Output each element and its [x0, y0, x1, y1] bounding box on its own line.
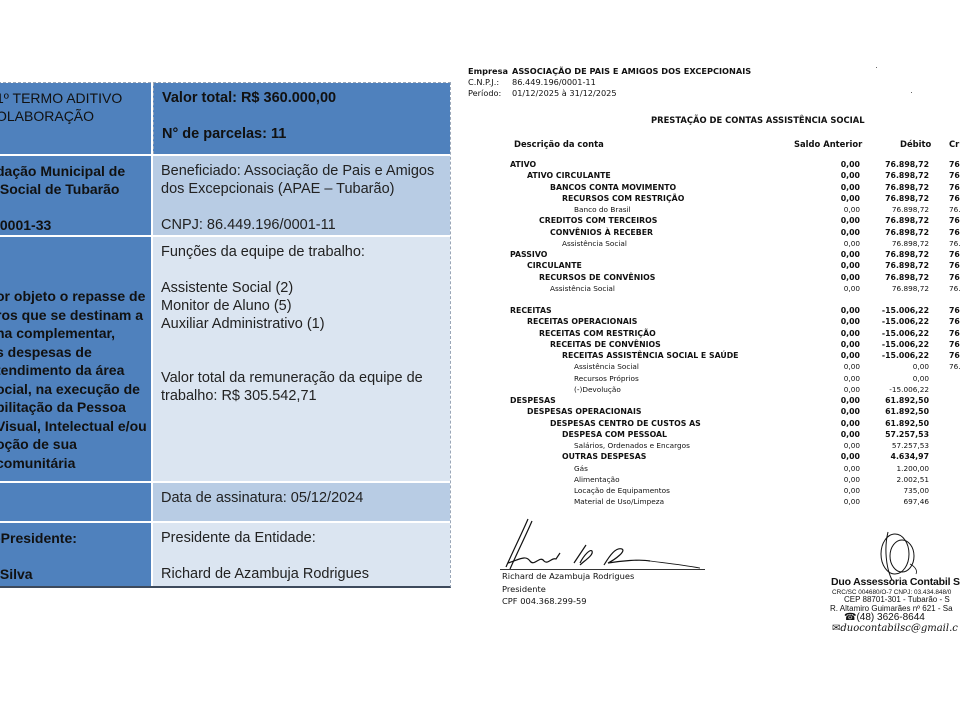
funcao-item: Assistente Social (2): [161, 279, 442, 297]
debito-value: 735,00: [859, 485, 929, 496]
entidade-signatario-name: Richard de Azambuja Rodrigues: [161, 565, 442, 583]
credito-value: 76.8: [949, 260, 960, 271]
saldo-anterior: 0,00: [810, 193, 860, 204]
debito-value: 4.634,97: [859, 451, 929, 462]
account-row: Recursos Próprios0,000,00: [468, 373, 960, 384]
account-row: (-)Devolução0,00-15.006,22: [468, 384, 960, 395]
termo-line-1: 1º TERMO ADITIVO: [0, 89, 151, 107]
signatory-info: Richard de Azambuja Rodrigues Presidente…: [502, 570, 634, 608]
saldo-anterior: 0,00: [810, 395, 860, 406]
row-termo-aditivo: 1º TERMO ADITIVO OLABORAÇÃO Valor total:…: [0, 83, 450, 156]
saldo-anterior: 0,00: [810, 485, 860, 496]
account-description: DESPESAS CENTRO DE CUSTOS AS: [550, 418, 701, 429]
debito-value: 57.257,53: [859, 440, 929, 451]
concedente-signatario-title: -Presidente:: [0, 529, 151, 547]
saldo-anterior: 0,00: [810, 418, 860, 429]
handwritten-signature-icon: [500, 515, 700, 575]
debito-value: -15.006,22: [859, 316, 929, 327]
credito-value: 76.8: [949, 159, 960, 170]
periodo-value: 01/12/2025 à 31/12/2025: [512, 88, 617, 99]
account-description: DESPESAS OPERACIONAIS: [527, 406, 641, 417]
account-row: Assistência Social0,0076.898,7276.: [468, 283, 960, 294]
account-description: CREDITOS COM TERCEIROS: [539, 215, 657, 226]
account-row: RECURSOS DE CONVÊNIOS0,0076.898,7276.8: [468, 272, 960, 283]
saldo-anterior: 0,00: [810, 238, 860, 249]
concedente-signatario-name: Silva: [0, 565, 151, 583]
credito-value: 76.8: [949, 350, 960, 361]
column-header-descricao: Descrição da conta: [514, 139, 604, 149]
saldo-anterior: 0,00: [810, 260, 860, 271]
account-row: RECEITAS OPERACIONAIS0,00-15.006,2276.8: [468, 316, 960, 327]
saldo-anterior: 0,00: [810, 339, 860, 350]
document-title: PRESTAÇÃO DE CONTAS ASSISTÊNCIA SOCIAL: [651, 115, 865, 125]
concedente-line-1: dação Municipal de: [0, 162, 151, 180]
debito-value: 2.002,51: [859, 474, 929, 485]
account-description: BANCOS CONTA MOVIMENTO: [550, 182, 676, 193]
account-description: RECEITAS: [510, 305, 552, 316]
account-row: RECEITAS ASSISTÊNCIA SOCIAL E SAÚDE0,00-…: [468, 350, 960, 361]
account-description: (-)Devolução: [574, 384, 621, 395]
account-description: Banco do Brasil: [574, 204, 631, 215]
account-row: BANCOS CONTA MOVIMENTO0,0076.898,7276.8: [468, 182, 960, 193]
credito-value: 76.8: [949, 328, 960, 339]
concedente-cell: dação Municipal de Social de Tubarão /00…: [0, 156, 153, 235]
credito-value: 76.: [949, 361, 960, 372]
saldo-anterior: 0,00: [810, 350, 860, 361]
debito-value: 0,00: [859, 361, 929, 372]
cnpj-value: 86.449.196/0001-11: [512, 77, 596, 88]
equipe-cell: Funções da equipe de trabalho: Assistent…: [153, 237, 450, 481]
empresa-row: Empresa ASSOCIAÇÃO DE PAIS E AMIGOS DOS …: [468, 66, 960, 77]
financial-statement: Empresa ASSOCIAÇÃO DE PAIS E AMIGOS DOS …: [468, 66, 960, 99]
signatory-role: Presidente: [502, 583, 634, 596]
agreement-summary-table: 1º TERMO ADITIVO OLABORAÇÃO Valor total:…: [0, 82, 451, 588]
credito-value: 76.8: [949, 305, 960, 316]
debito-value: 61.892,50: [859, 418, 929, 429]
account-row: CREDITOS COM TERCEIROS0,0076.898,7276.8: [468, 215, 960, 226]
cnpj-row: C.N.P.J.: 86.449.196/0001-11: [468, 77, 960, 88]
objeto-text: or objeto o repasse deros que se destina…: [0, 243, 151, 472]
objeto-line: oção de sua: [0, 435, 151, 454]
account-row: ATIVO CIRCULANTE0,0076.898,7276.8: [468, 170, 960, 181]
account-row: DESPESAS OPERACIONAIS0,0061.892,50: [468, 406, 960, 417]
debito-value: 76.898,72: [859, 204, 929, 215]
account-description: RECURSOS DE CONVÊNIOS: [539, 272, 655, 283]
account-row: CONVÊNIOS À RECEBER0,0076.898,7276.8: [468, 227, 960, 238]
saldo-anterior: 0,00: [810, 272, 860, 283]
beneficiado-cnpj: CNPJ: 86.449.196/0001-11: [161, 216, 442, 234]
objeto-line: ocial, na execução de: [0, 380, 151, 399]
credito-value: 76.8: [949, 170, 960, 181]
account-description: Material de Uso/Limpeza: [574, 496, 664, 507]
account-description: ATIVO: [510, 159, 536, 170]
credito-value: 76.: [949, 204, 960, 215]
account-description: RECEITAS COM RESTRIÇÃO: [539, 328, 656, 339]
objeto-line: s despesas de: [0, 343, 151, 362]
termo-title-cell: 1º TERMO ADITIVO OLABORAÇÃO: [0, 83, 153, 154]
valor-cell: Valor total: R$ 360.000,00 N° de parcela…: [153, 83, 450, 154]
saldo-anterior: 0,00: [810, 328, 860, 339]
account-description: RECEITAS ASSISTÊNCIA SOCIAL E SAÚDE: [562, 350, 739, 361]
debito-value: 76.898,72: [859, 182, 929, 193]
account-row: DESPESAS CENTRO DE CUSTOS AS0,0061.892,5…: [468, 418, 960, 429]
account-description: Salários, Ordenados e Encargos: [574, 440, 690, 451]
valor-total: Valor total: R$ 360.000,00: [162, 89, 442, 107]
row-partes: dação Municipal de Social de Tubarão /00…: [0, 156, 450, 237]
credito-value: 76.8: [949, 339, 960, 350]
row-data: Data de assinatura: 05/12/2024: [0, 483, 450, 523]
account-description: Assistência Social: [574, 361, 639, 372]
account-description: RECURSOS COM RESTRIÇÃO: [562, 193, 684, 204]
account-description: Assistência Social: [550, 283, 615, 294]
debito-value: -15.006,22: [859, 328, 929, 339]
saldo-anterior: 0,00: [810, 406, 860, 417]
account-row: Assistência Social0,0076.898,7276.: [468, 238, 960, 249]
debito-value: 76.898,72: [859, 215, 929, 226]
account-description: CIRCULANTE: [527, 260, 582, 271]
signatory-name: Richard de Azambuja Rodrigues: [502, 570, 634, 583]
remuneracao-total: Valor total da remuneração da equipe de …: [161, 369, 442, 405]
periodo-row: Período: 01/12/2025 à 31/12/2025: [468, 88, 960, 99]
debito-value: 76.898,72: [859, 170, 929, 181]
saldo-anterior: 0,00: [810, 429, 860, 440]
beneficiado-cell: Beneficiado: Associação de Pais e Amigos…: [153, 156, 450, 235]
stamp-phone: ☎(48) 3626-8644: [844, 612, 925, 623]
account-description: Recursos Próprios: [574, 373, 639, 384]
numero-parcelas: N° de parcelas: 11: [162, 125, 442, 143]
account-description: Assistência Social: [562, 238, 627, 249]
objeto-line: tendimento da área: [0, 361, 151, 380]
scan-speck: [911, 92, 912, 93]
account-description: DESPESAS: [510, 395, 556, 406]
credito-value: 76.8: [949, 272, 960, 283]
objeto-line: ros que se destinam a: [0, 306, 151, 325]
debito-value: 76.898,72: [859, 193, 929, 204]
credito-value: 76.8: [949, 215, 960, 226]
stamp-company-name: Duo Assessoria Contabil S/S: [831, 576, 960, 588]
data-assinatura: Data de assinatura: 05/12/2024: [153, 483, 450, 521]
account-row: Locação de Equipamentos0,00735,00: [468, 485, 960, 496]
credito-value: 76.: [949, 283, 960, 294]
account-description: Gás: [574, 463, 588, 474]
account-row: Assistência Social0,000,0076.: [468, 361, 960, 372]
debito-value: 76.898,72: [859, 260, 929, 271]
stamp-cep: CEP 88701-301 - Tubarão - S: [844, 595, 950, 604]
account-description: OUTRAS DESPESAS: [562, 451, 646, 462]
objeto-cell: or objeto o repasse deros que se destina…: [0, 237, 153, 481]
beneficiado: Beneficiado: Associação de Pais e Amigos…: [161, 162, 442, 198]
saldo-anterior: 0,00: [810, 227, 860, 238]
saldo-anterior: 0,00: [810, 496, 860, 507]
account-description: ATIVO CIRCULANTE: [527, 170, 611, 181]
debito-value: 76.898,72: [859, 272, 929, 283]
entidade-signatario-cell: Presidente da Entidade: Richard de Azamb…: [153, 523, 450, 586]
funcoes-label: Funções da equipe de trabalho:: [161, 243, 442, 261]
row-objeto: or objeto o repasse deros que se destina…: [0, 237, 450, 483]
periodo-label: Período:: [468, 88, 512, 99]
account-row: RECEITAS COM RESTRIÇÃO0,00-15.006,2276.8: [468, 328, 960, 339]
account-description: PASSIVO: [510, 249, 547, 260]
account-row: Salários, Ordenados e Encargos0,0057.257…: [468, 440, 960, 451]
debito-value: 76.898,72: [859, 249, 929, 260]
objeto-line: comunitária: [0, 454, 151, 473]
saldo-anterior: 0,00: [810, 182, 860, 193]
column-header-debito: Débito: [900, 139, 931, 149]
cnpj-label: C.N.P.J.:: [468, 77, 512, 88]
saldo-anterior: 0,00: [810, 384, 860, 395]
account-row: Alimentação0,002.002,51: [468, 474, 960, 485]
account-row: CIRCULANTE0,0076.898,7276.8: [468, 260, 960, 271]
account-row: PASSIVO0,0076.898,7276.8: [468, 249, 960, 260]
credito-value: 76.8: [949, 227, 960, 238]
account-row: Material de Uso/Limpeza0,00697,46: [468, 496, 960, 507]
objeto-line: bilitação da Pessoa: [0, 398, 151, 417]
account-description: RECEITAS OPERACIONAIS: [527, 316, 637, 327]
account-row: DESPESA COM PESSOAL0,0057.257,53: [468, 429, 960, 440]
account-description: Locação de Equipamentos: [574, 485, 670, 496]
account-row: RECURSOS COM RESTRIÇÃO0,0076.898,7276.8: [468, 193, 960, 204]
account-description: DESPESA COM PESSOAL: [562, 429, 667, 440]
saldo-anterior: 0,00: [810, 305, 860, 316]
row-assinaturas: -Presidente: Silva Presidente da Entidad…: [0, 523, 450, 586]
concedente-line-2: Social de Tubarão: [0, 180, 151, 198]
debito-value: -15.006,22: [859, 350, 929, 361]
empresa-label: Empresa: [468, 66, 512, 77]
account-rows: ATIVO0,0076.898,7276.8ATIVO CIRCULANTE0,…: [468, 159, 960, 508]
account-row: ATIVO0,0076.898,7276.8: [468, 159, 960, 170]
scan-speck: [876, 67, 877, 68]
saldo-anterior: 0,00: [810, 463, 860, 474]
termo-line-2: OLABORAÇÃO: [0, 107, 151, 125]
stamp-phone-number: (48) 3626-8644: [856, 612, 924, 623]
account-description: Alimentação: [574, 474, 620, 485]
debito-value: -15.006,22: [859, 384, 929, 395]
saldo-anterior: 0,00: [810, 170, 860, 181]
saldo-anterior: 0,00: [810, 159, 860, 170]
stamp-email-address: duocontabilsc@gmail.c: [840, 623, 957, 634]
column-header-saldo: Saldo Anterior: [794, 139, 862, 149]
objeto-line: or objeto o repasse de: [0, 287, 151, 306]
stamp-email: ✉duocontabilsc@gmail.c: [832, 623, 958, 634]
funcao-item: Monitor de Aluno (5): [161, 297, 442, 315]
phone-icon: ☎: [844, 612, 856, 623]
account-row: RECEITAS0,00-15.006,2276.8: [468, 305, 960, 316]
account-row: Gás0,001.200,00: [468, 463, 960, 474]
debito-value: -15.006,22: [859, 339, 929, 350]
concedente-cnpj: /0001-33: [0, 216, 151, 234]
saldo-anterior: 0,00: [810, 204, 860, 215]
account-row: OUTRAS DESPESAS0,004.634,97: [468, 451, 960, 462]
saldo-anterior: 0,00: [810, 316, 860, 327]
signatory-cpf: CPF 004.368.299-59: [502, 595, 634, 608]
empresa-value: ASSOCIAÇÃO DE PAIS E AMIGOS DOS EXCEPCIO…: [512, 66, 751, 77]
empty-cell: [0, 483, 153, 521]
saldo-anterior: 0,00: [810, 474, 860, 485]
debito-value: 76.898,72: [859, 238, 929, 249]
debito-value: 1.200,00: [859, 463, 929, 474]
column-header-credito: Cr: [949, 139, 959, 149]
debito-value: 61.892,50: [859, 395, 929, 406]
account-row: [468, 294, 960, 305]
saldo-anterior: 0,00: [810, 361, 860, 372]
saldo-anterior: 0,00: [810, 451, 860, 462]
debito-value: 61.892,50: [859, 406, 929, 417]
saldo-anterior: 0,00: [810, 440, 860, 451]
account-description: CONVÊNIOS À RECEBER: [550, 227, 653, 238]
credito-value: 76.8: [949, 182, 960, 193]
debito-value: 57.257,53: [859, 429, 929, 440]
account-description: RECEITAS DE CONVÊNIOS: [550, 339, 661, 350]
funcao-item: Auxiliar Administrativo (1): [161, 315, 442, 333]
credito-value: 76.8: [949, 193, 960, 204]
account-row: Banco do Brasil0,0076.898,7276.: [468, 204, 960, 215]
objeto-line: na complementar,: [0, 324, 151, 343]
account-row: DESPESAS0,0061.892,50: [468, 395, 960, 406]
debito-value: 76.898,72: [859, 227, 929, 238]
saldo-anterior: 0,00: [810, 373, 860, 384]
entidade-signatario-title: Presidente da Entidade:: [161, 529, 442, 547]
debito-value: 76.898,72: [859, 283, 929, 294]
objeto-line: Visual, Intelectual e/ou: [0, 417, 151, 436]
account-row: RECEITAS DE CONVÊNIOS0,00-15.006,2276.8: [468, 339, 960, 350]
concedente-signatario-cell: -Presidente: Silva: [0, 523, 153, 586]
saldo-anterior: 0,00: [810, 283, 860, 294]
credito-value: 76.: [949, 238, 960, 249]
saldo-anterior: 0,00: [810, 215, 860, 226]
debito-value: 76.898,72: [859, 159, 929, 170]
saldo-anterior: 0,00: [810, 249, 860, 260]
debito-value: -15.006,22: [859, 305, 929, 316]
debito-value: 0,00: [859, 373, 929, 384]
credito-value: 76.8: [949, 316, 960, 327]
debito-value: 697,46: [859, 496, 929, 507]
credito-value: 76.8: [949, 249, 960, 260]
accountant-signature-icon: [870, 528, 950, 583]
